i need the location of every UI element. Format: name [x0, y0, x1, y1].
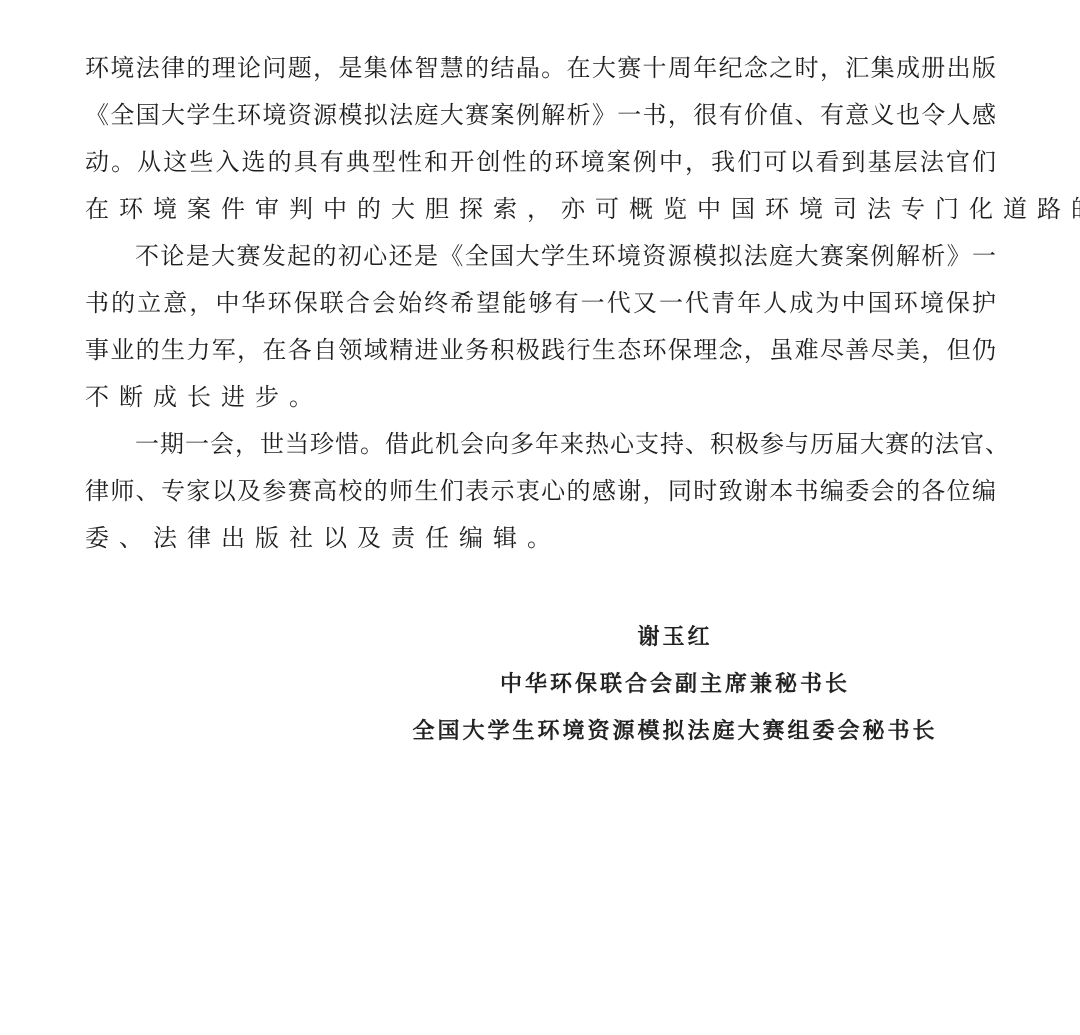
paragraph-1-line-1: 环境法律的理论问题，是集体智慧的结晶。在大赛十周年纪念之时，汇集成册出版: [85, 48, 997, 95]
paragraph-1-line-2: 《全国大学生环境资源模拟法庭大赛案例解析》一书，很有价值、有意义也令人感: [85, 95, 997, 142]
signature-name: 谢玉红: [390, 618, 960, 665]
paragraph-2-line-2: 书的立意，中华环保联合会始终希望能够有一代又一代青年人成为中国环境保护: [85, 283, 997, 330]
paragraph-2-line-4: 不断成长进步。: [85, 377, 997, 424]
paragraph-1-line-3: 动。从这些入选的具有典型性和开创性的环境案例中，我们可以看到基层法官们: [85, 142, 997, 189]
paragraph-2-line-3: 事业的生力军，在各自领域精进业务积极践行生态环保理念，虽难尽善尽美，但仍: [85, 330, 997, 377]
paragraph-2-line-1: 不论是大赛发起的初心还是《全国大学生环境资源模拟法庭大赛案例解析》一: [85, 236, 997, 283]
paragraph-3-line-3: 委、法律出版社以及责任编辑。: [85, 518, 997, 565]
signature-title-2: 全国大学生环境资源模拟法庭大赛组委会秘书长: [390, 712, 960, 759]
paragraph-3-line-1: 一期一会，世当珍惜。借此机会向多年来热心支持、积极参与历届大赛的法官、: [85, 424, 997, 471]
paragraph-3-line-2: 律师、专家以及参赛高校的师生们表示衷心的感谢，同时致谢本书编委会的各位编: [85, 471, 997, 518]
paragraph-1-line-4: 在环境案件审判中的大胆探索，亦可概览中国环境司法专门化道路的发展脉络。: [85, 189, 997, 236]
document-page: 环境法律的理论问题，是集体智慧的结晶。在大赛十周年纪念之时，汇集成册出版 《全国…: [0, 0, 1080, 1035]
signature-title-1: 中华环保联合会副主席兼秘书长: [390, 665, 960, 712]
body-text: 环境法律的理论问题，是集体智慧的结晶。在大赛十周年纪念之时，汇集成册出版 《全国…: [85, 48, 997, 565]
signature-block: 谢玉红 中华环保联合会副主席兼秘书长 全国大学生环境资源模拟法庭大赛组委会秘书长: [390, 618, 960, 759]
